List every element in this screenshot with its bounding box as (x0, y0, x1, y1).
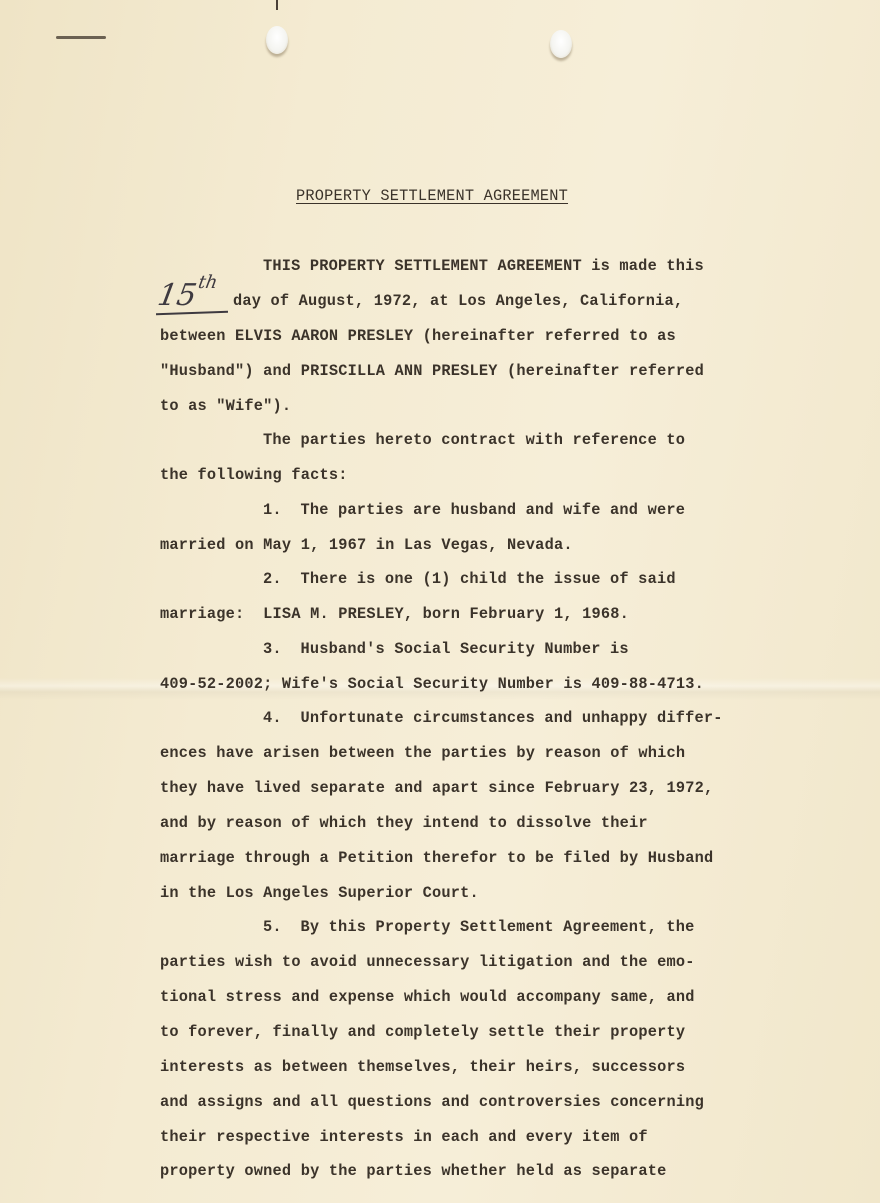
text-line: to as "Wife"). (160, 397, 291, 415)
text-line: to forever, finally and completely settl… (160, 1023, 685, 1041)
text-line: their respective interests in each and e… (160, 1128, 648, 1146)
text-line: in the Los Angeles Superior Court. (160, 884, 479, 902)
text-line: 2. There is one (1) child the issue of s… (263, 570, 676, 588)
text-line: and assigns and all questions and contro… (160, 1093, 704, 1111)
text-line: parties wish to avoid unnecessary litiga… (160, 953, 695, 971)
text-line: 3. Husband's Social Security Number is (263, 640, 629, 658)
text-line: and by reason of which they intend to di… (160, 814, 648, 832)
document-title: PROPERTY SETTLEMENT AGREEMENT (296, 187, 568, 205)
text-line: property owned by the parties whether he… (160, 1162, 667, 1180)
text-line: 409-52-2002; Wife's Social Security Numb… (160, 675, 704, 693)
text-line: 5. By this Property Settlement Agreement… (263, 918, 694, 936)
text-line: they have lived separate and apart since… (160, 779, 713, 797)
text-line: 1. The parties are husband and wife and … (263, 501, 685, 519)
ink-mark (276, 0, 278, 10)
punch-hole-right (550, 30, 572, 58)
text-line: "Husband") and PRISCILLA ANN PRESLEY (he… (160, 362, 704, 380)
handwritten-date: 15th (155, 278, 218, 313)
text-line: The parties hereto contract with referen… (263, 431, 685, 449)
punch-hole-left (266, 26, 288, 54)
staple-mark (56, 36, 106, 39)
text-line: THIS PROPERTY SETTLEMENT AGREEMENT is ma… (263, 257, 704, 275)
text-line: marriage through a Petition therefor to … (160, 849, 713, 867)
text-line: 4. Unfortunate circumstances and unhappy… (263, 709, 723, 727)
text-line: marriage: LISA M. PRESLEY, born February… (160, 605, 629, 623)
text-line: day of August, 1972, at Los Angeles, Cal… (233, 292, 683, 310)
text-line: tional stress and expense which would ac… (160, 988, 695, 1006)
text-line: ences have arisen between the parties by… (160, 744, 685, 762)
text-line: interests as between themselves, their h… (160, 1058, 685, 1076)
text-line: the following facts: (160, 466, 348, 484)
text-line: between ELVIS AARON PRESLEY (hereinafter… (160, 327, 676, 345)
text-line: married on May 1, 1967 in Las Vegas, Nev… (160, 536, 573, 554)
